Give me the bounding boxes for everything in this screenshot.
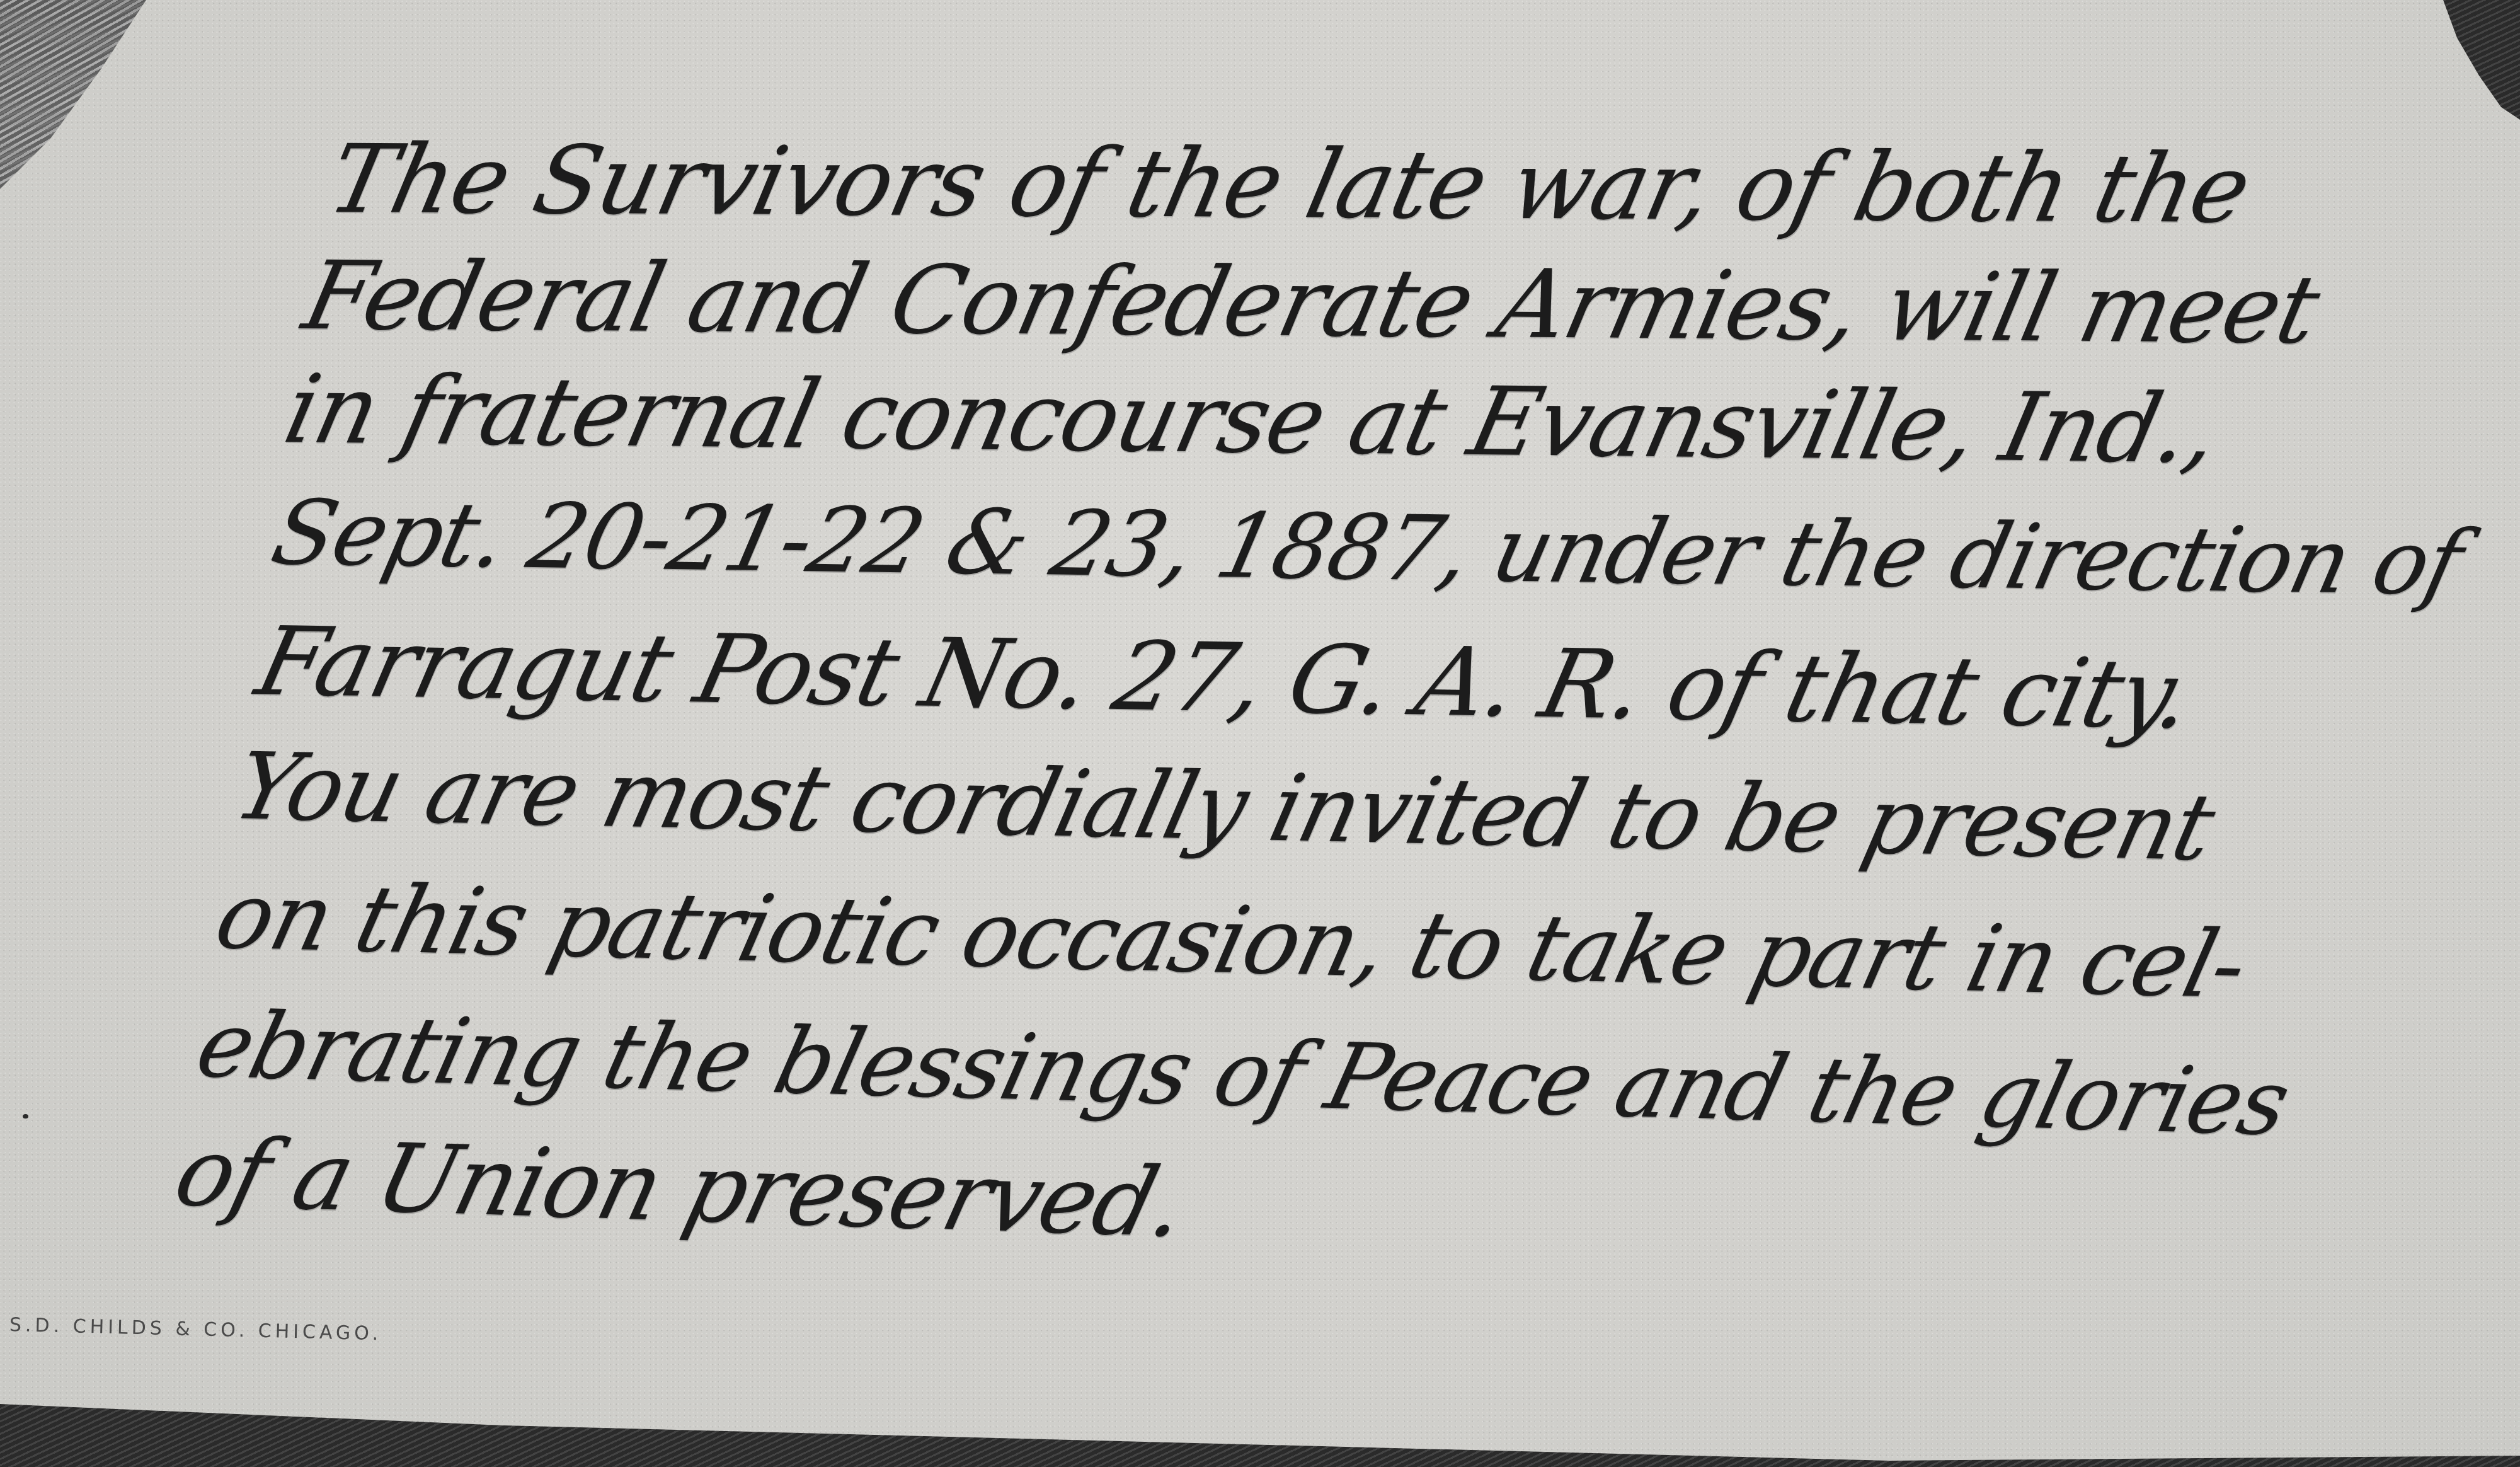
ink-speck	[23, 1114, 28, 1119]
text-line-1: The Survivors of the late war, of both t…	[321, 132, 2257, 237]
text-line-2: Federal and Confederate Armies, will mee…	[296, 249, 2326, 357]
text-line-3: in fraternal concourse at Evansville, In…	[277, 362, 2226, 477]
text-line-9: of a Union preserved.	[167, 1125, 1194, 1251]
text-line-5: Farragut Post No. 27, G. A. R. of that c…	[249, 614, 2199, 743]
text-line-7: on this patriotic occasion, to take part…	[208, 870, 2255, 1011]
text-line-4: Sept. 20-21-22 & 23, 1887, under the dir…	[265, 488, 2469, 609]
text-line-8: ebrating the blessings of Peace and the …	[189, 999, 2297, 1148]
invitation-text-block: The Survivors of the late war, of both t…	[0, 0, 2520, 1467]
text-line-6: You are most cordially invited to be pre…	[227, 740, 2221, 874]
